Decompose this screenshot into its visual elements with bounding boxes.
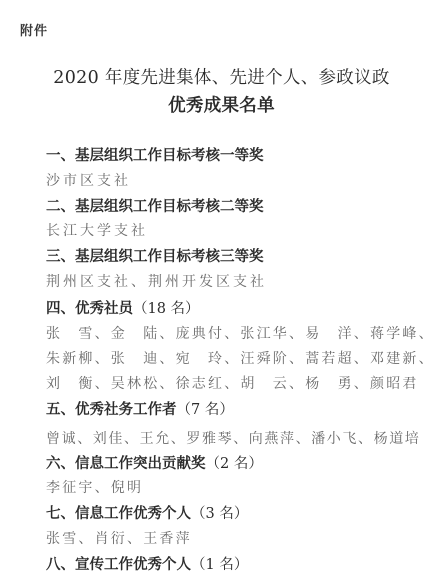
section-count: （7 名）	[177, 402, 234, 418]
section-heading-text: 四、优秀社员	[46, 301, 133, 317]
section-heading-7: 七、信息工作优秀个人（3 名）	[46, 502, 248, 523]
section-heading-text: 五、优秀社务工作者	[46, 402, 177, 418]
section-heading-text: 七、信息工作优秀个人	[46, 506, 191, 522]
section-heading-6: 六、信息工作突出贡献奖（2 名）	[46, 452, 263, 473]
name-row: 李征宇、倪明	[46, 477, 143, 497]
section-heading-1: 一、基层组织工作目标考核一等奖	[46, 144, 264, 165]
section-heading-text: 八、宣传工作优秀个人	[46, 557, 191, 573]
attachment-label: 附件	[20, 20, 48, 39]
section-heading-text: 三、基层组织工作目标考核三等奖	[46, 249, 264, 265]
section-heading-text: 一、基层组织工作目标考核一等奖	[46, 148, 264, 164]
section-count: （3 名）	[191, 506, 248, 522]
section-heading-2: 二、基层组织工作目标考核二等奖	[46, 195, 264, 216]
section-heading-4: 四、优秀社员（18 名）	[46, 297, 200, 318]
document-title-line2: 优秀成果名单	[0, 92, 443, 117]
section-entry-2: 长江大学支社	[46, 220, 148, 240]
section-entry-1: 沙市区支社	[46, 170, 131, 190]
section-count: （2 名）	[206, 456, 263, 472]
name-row-1: 张 雪、金 陆、庞典付、张江华、易 洋、蒋学峰、	[46, 323, 435, 343]
section-heading-text: 六、信息工作突出贡献奖	[46, 456, 206, 472]
section-count: （18 名）	[133, 301, 200, 317]
section-heading-5: 五、优秀社务工作者（7 名）	[46, 398, 234, 419]
section-entry-3: 荆州区支社、荆州开发区支社	[46, 271, 267, 291]
name-row-3: 刘 衡、吴林松、徐志红、胡 云、杨 勇、颜昭君	[46, 373, 419, 393]
name-row: 张雪、肖衍、王香萍	[46, 528, 192, 548]
name-row: 曾诚、刘佳、王允、罗雅琴、向燕萍、潘小飞、杨道培	[46, 428, 420, 448]
section-heading-8: 八、宣传工作优秀个人（1 名）	[46, 553, 248, 574]
document-title-line1: 2020 年度先进集体、先进个人、参政议政	[0, 64, 443, 89]
name-row-2: 朱新柳、张 迪、宛 玲、汪舜阶、蒿若超、邓建新、	[46, 348, 435, 368]
section-heading-3: 三、基层组织工作目标考核三等奖	[46, 245, 264, 266]
section-heading-text: 二、基层组织工作目标考核二等奖	[46, 199, 264, 215]
section-count: （1 名）	[191, 557, 248, 573]
